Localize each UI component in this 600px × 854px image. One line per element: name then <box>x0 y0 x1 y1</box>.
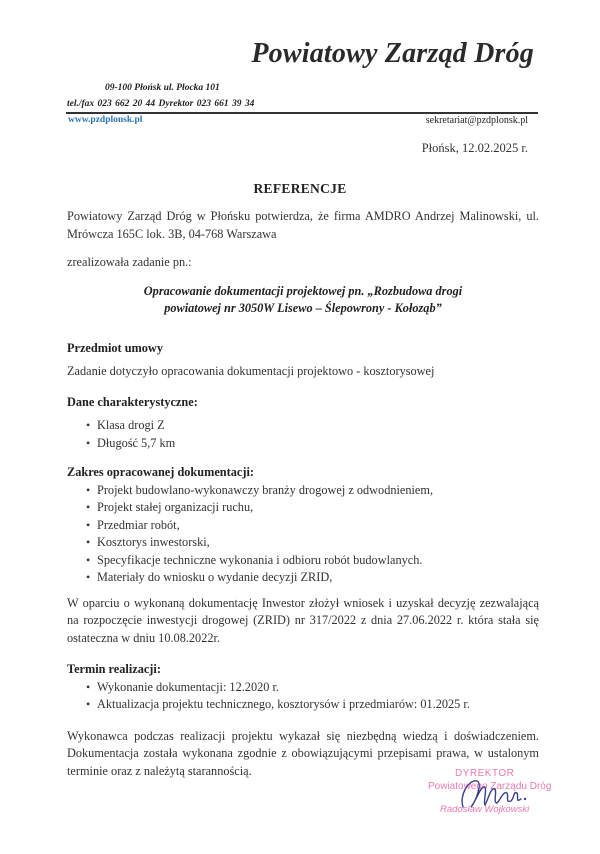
task-title: Opracowanie dokumentacji projektowej pn.… <box>67 283 539 318</box>
organization-address: 09-100 Płońsk ul. Płocka 101 <box>105 83 220 93</box>
signature-icon <box>455 773 535 813</box>
list-item: Specyfikacje techniczne wykonania i odbi… <box>67 552 539 570</box>
timeline-heading: Termin realizacji: <box>67 661 539 679</box>
letterhead-divider <box>66 112 538 114</box>
task-title-line-2: powiatowej nr 3050W Lisewo – Ślepowrony … <box>67 300 539 318</box>
zrid-paragraph: W oparciu o wykonaną dokumentację Inwest… <box>67 595 539 648</box>
intro-paragraph: Powiatowy Zarząd Dróg w Płońsku potwierd… <box>67 208 539 243</box>
list-item: Aktualizacja projektu technicznego, kosz… <box>67 696 539 714</box>
characteristics-list: Klasa drogi Z Długość 5,7 km <box>67 417 539 452</box>
scope-list: Projekt budowlano-wykonawczy branży drog… <box>67 482 539 587</box>
list-item: Wykonanie dokumentacji: 12.2020 r. <box>67 679 539 697</box>
characteristics-heading: Dane charakterystyczne: <box>67 394 539 412</box>
scope-heading: Zakres opracowanej dokumentacji: <box>67 464 539 482</box>
website-link[interactable]: www.pzdplonsk.pl <box>68 115 142 125</box>
list-item: Kosztorys inwestorski, <box>67 534 539 552</box>
organization-phones: tel./fax 023 662 20 44 Dyrektor 023 661 … <box>67 99 254 109</box>
email-address[interactable]: sekretariat@pzdplonsk.pl <box>426 115 528 126</box>
list-item: Długość 5,7 km <box>67 435 539 453</box>
organization-title: Powiatowy Zarząd Dróg <box>0 38 534 70</box>
list-item: Projekt budowlano-wykonawczy branży drog… <box>67 482 539 500</box>
list-item: Przedmiar robót, <box>67 517 539 535</box>
document-date: Płońsk, 12.02.2025 r. <box>422 141 528 156</box>
task-intro: zrealizowała zadanie pn.: <box>67 254 539 272</box>
document-body: Powiatowy Zarząd Dróg w Płońsku potwierd… <box>67 208 539 780</box>
list-item: Projekt stałej organizacji ruchu, <box>67 499 539 517</box>
timeline-list: Wykonanie dokumentacji: 12.2020 r. Aktua… <box>67 679 539 714</box>
subject-heading: Przedmiot umowy <box>67 340 539 358</box>
list-item: Materiały do wniosku o wydanie decyzji Z… <box>67 569 539 587</box>
task-title-line-1: Opracowanie dokumentacji projektowej pn.… <box>67 283 539 301</box>
document-title: REFERENCJE <box>0 181 600 197</box>
list-item: Klasa drogi Z <box>67 417 539 435</box>
subject-text: Zadanie dotyczyło opracowania dokumentac… <box>67 363 539 381</box>
